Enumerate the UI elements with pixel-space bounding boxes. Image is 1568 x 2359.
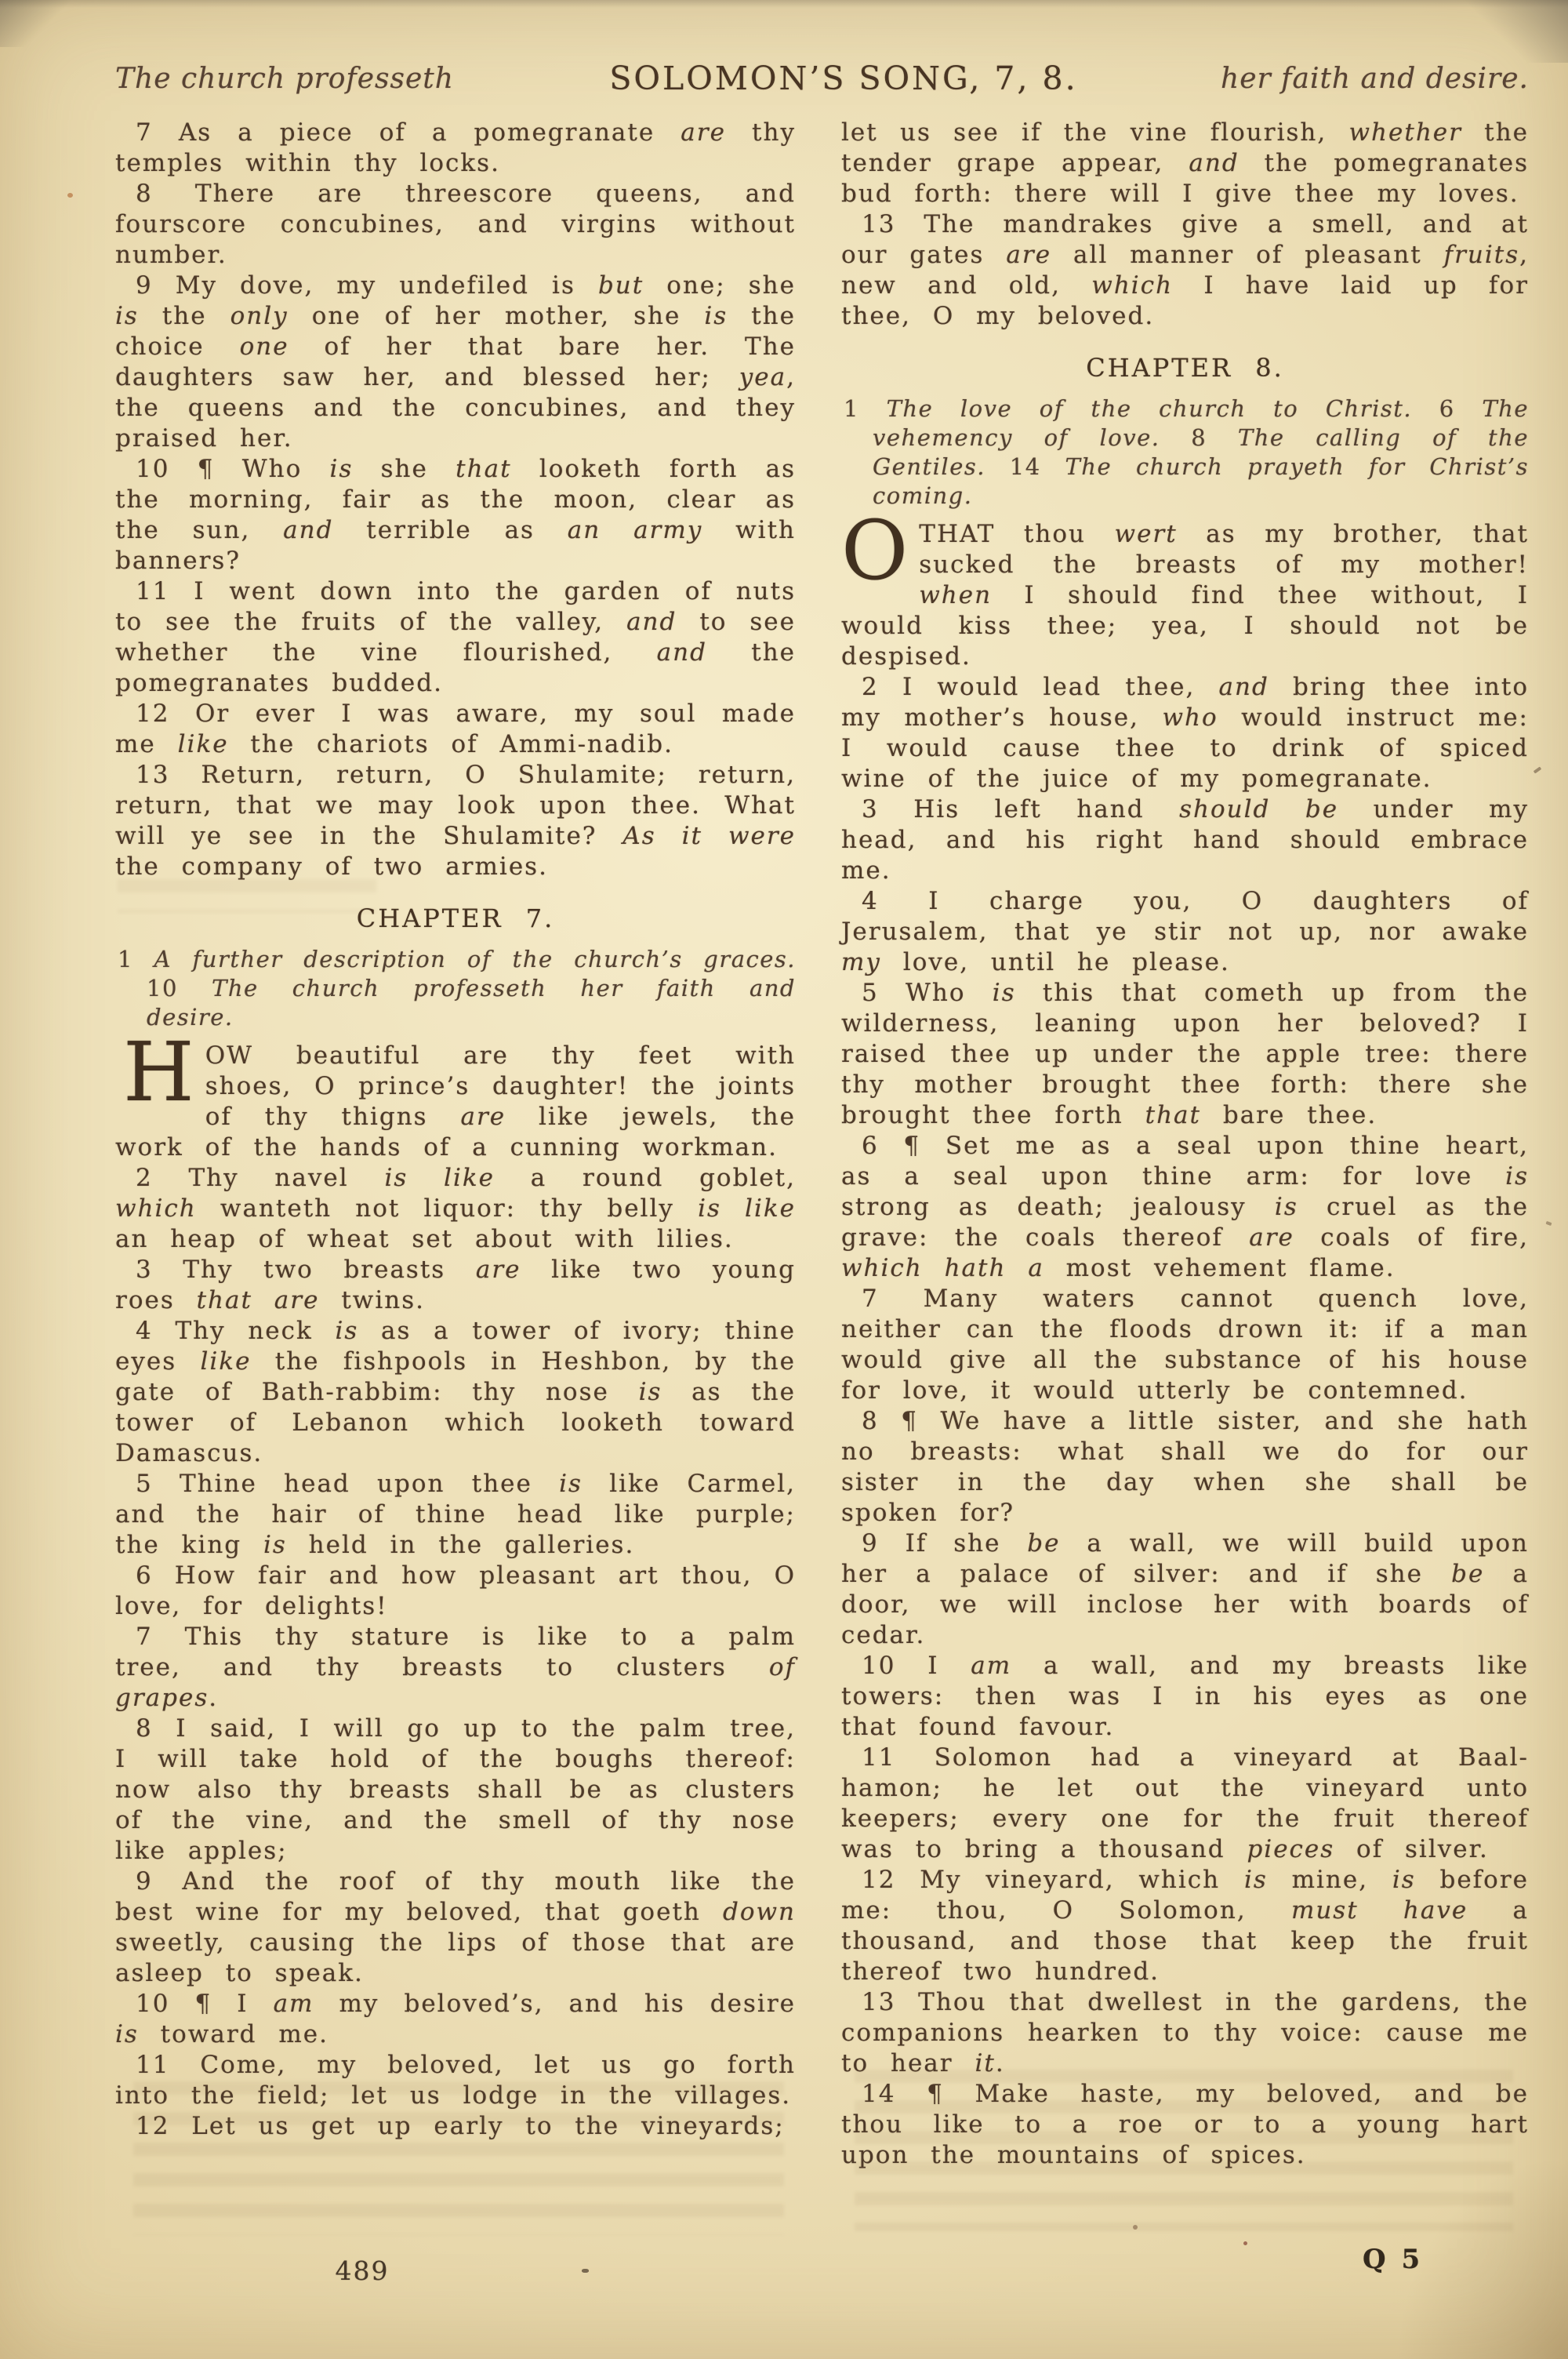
verse: 12 Or ever I was aware, my soul made me … [115,699,796,760]
verse: 5 Thine head upon thee is like Carmel, a… [115,1469,796,1561]
drop-cap: O [841,519,909,582]
verse: 2 Thy navel is like a round goblet, whic… [115,1163,796,1255]
verse: 10 ¶ Who is she that looketh forth as th… [115,454,796,576]
verse: 11 I went down into the garden of nuts t… [115,576,796,699]
verse: 3 Thy two breasts are like two young roe… [115,1255,796,1316]
scan-edge-shadow-top [0,0,1568,8]
ink-speck [582,2269,589,2273]
verse: 7 As a piece of a pomegranate are thy te… [115,118,796,179]
verse: 10 ¶ I am my beloved’s, and his desire i… [115,1989,796,2050]
verse: 2 I would lead thee, and bring thee into… [841,672,1529,794]
page-number: 489 [326,2255,398,2286]
foxing-speck [1243,2241,1247,2245]
verse: OTHAT thou wert as my brother, that suck… [841,519,1529,672]
ink-speck [1133,2225,1138,2230]
margin-mark [1534,766,1541,773]
verse: 5 Who is this that cometh up from the wi… [841,978,1529,1131]
chapter-summary: 1 A further description of the church’s … [115,945,796,1032]
verse: 11 Come, my beloved, let us go forth int… [115,2050,796,2111]
chapter-heading: CHAPTER 8. [841,353,1529,383]
verse: 10 I am a wall, and my breasts like towe… [841,1651,1529,1743]
scan-corner-shade-top-left [0,0,71,47]
verse: 6 How fair and how pleasant art thou, O … [115,1561,796,1622]
verse-continuation: let us see if the vine flourish, whether… [841,118,1529,209]
left-column: 7 As a piece of a pomegranate are thy te… [115,118,796,2142]
verse: 9 And the roof of thy mouth like the bes… [115,1866,796,1989]
drop-cap: H [123,1041,196,1103]
foxing-speck [67,193,73,198]
verse: 9 If she be a wall, we will build upon h… [841,1528,1529,1651]
chapter-summary: 1 The love of the church to Christ. 6 Th… [841,394,1529,511]
verse: 12 My vineyard, which is mine, is before… [841,1865,1529,1987]
verse: 4 Thy neck is as a tower of ivory; thine… [115,1316,796,1469]
verse: 4 I charge you, O daughters of Jerusalem… [841,886,1529,978]
verse: 7 Many waters cannot quench love, neithe… [841,1284,1529,1406]
chapter-heading: CHAPTER 7. [115,903,796,934]
running-head: The church professeth SOLOMON’S SONG, 7,… [115,60,1529,100]
running-head-right: her faith and desire. [1221,63,1529,95]
verse: 13 Return, return, O Shulamite; return, … [115,760,796,882]
verse: 8 ¶ We have a little sister, and she hat… [841,1406,1529,1528]
verse: 13 The mandrakes give a smell, and at ou… [841,209,1529,332]
verse: 14 ¶ Make haste, my beloved, and be thou… [841,2079,1529,2171]
verse: 8 I said, I will go up to the palm tree,… [115,1714,796,1866]
scanned-bible-page: The church professeth SOLOMON’S SONG, 7,… [0,0,1568,2359]
scan-corner-shade-top-right [1450,0,1568,63]
margin-mark [1546,1221,1552,1226]
verse: 6 ¶ Set me as a seal upon thine heart, a… [841,1131,1529,1284]
verse: 9 My dove, my undefiled is but one; she … [115,271,796,454]
verse: 8 There are threescore queens, and fours… [115,179,796,271]
verse: 12 Let us get up early to the vineyards; [115,2111,796,2142]
verse: 13 Thou that dwellest in the gardens, th… [841,1987,1529,2079]
verse: 3 His left hand should be under my head,… [841,794,1529,886]
verse: 7 This thy stature is like to a palm tre… [115,1622,796,1714]
verse: HOW beautiful are thy feet with shoes, O… [115,1041,796,1163]
right-column: let us see if the vine flourish, whether… [841,118,1529,2171]
verse: 11 Solomon had a vineyard at Baal-hamon;… [841,1743,1529,1865]
printer-signature: Q 5 [1363,2244,1423,2275]
